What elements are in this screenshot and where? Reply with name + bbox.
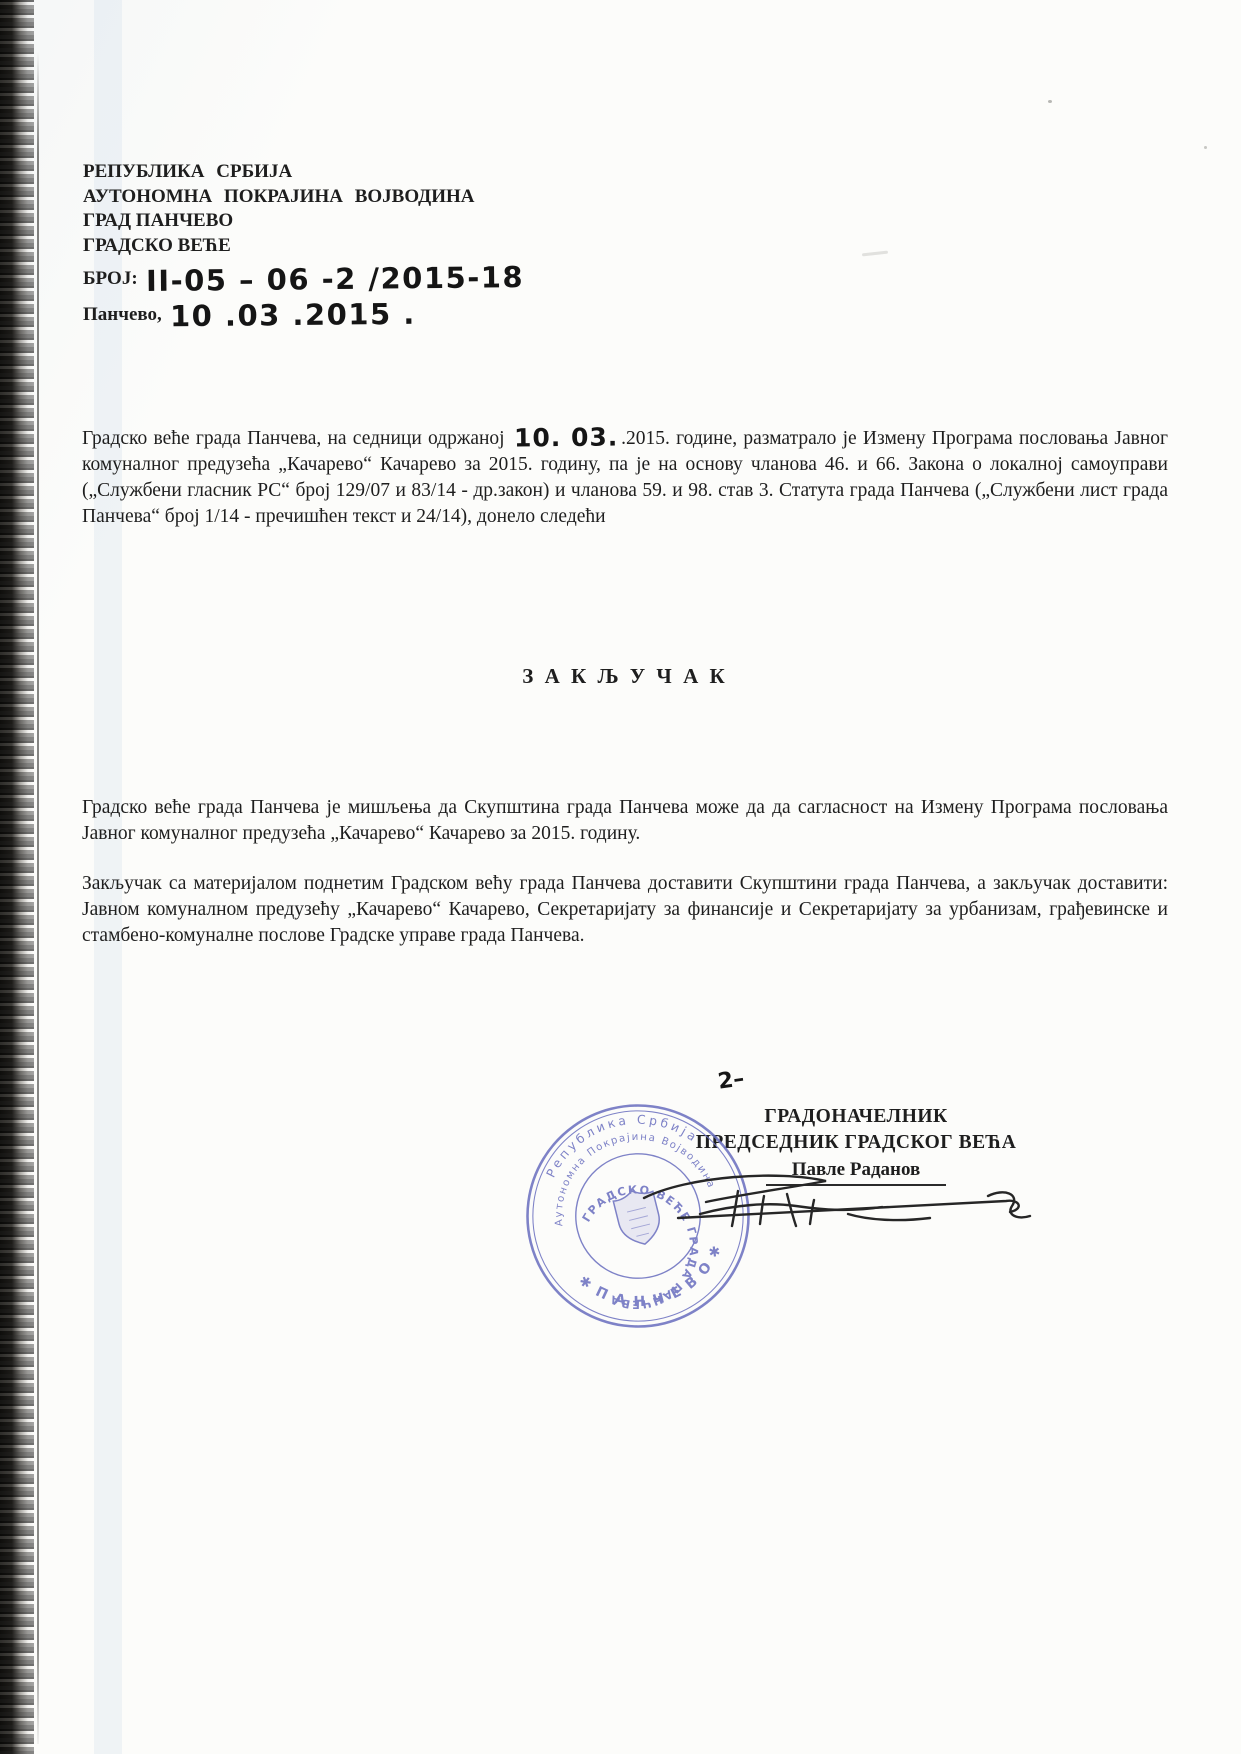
document-number-line: БРОЈ: II-05 – 06 -2 /2015-18 bbox=[83, 258, 524, 294]
scan-speck bbox=[1048, 100, 1052, 103]
letterhead: РЕПУБЛИКА СРБИЈА АУТОНОМНА ПОКРАЈИНА ВОЈ… bbox=[83, 160, 524, 330]
scanned-document-page: РЕПУБЛИКА СРБИЈА АУТОНОМНА ПОКРАЈИНА ВОЈ… bbox=[0, 0, 1241, 1754]
scan-binding-edge bbox=[0, 0, 34, 1754]
letterhead-republic: РЕПУБЛИКА СРБИЈА bbox=[83, 160, 524, 185]
scan-speck bbox=[1204, 146, 1207, 149]
date-handwritten: 10 .03 .2015 . bbox=[170, 300, 416, 332]
scan-speck bbox=[862, 251, 888, 257]
place-label: Панчево, bbox=[83, 300, 162, 330]
paragraph-preamble: Градско веће града Панчева, на седници о… bbox=[82, 426, 1168, 530]
scan-edge-line bbox=[37, 52, 39, 1744]
paragraph-opinion: Градско веће града Панчева је мишљења да… bbox=[82, 795, 1168, 847]
session-date-handwritten: 10. 03. bbox=[511, 426, 622, 450]
paragraph-distribution: Закључак са материјалом поднетим Градско… bbox=[82, 871, 1168, 949]
signature-scrawl-icon bbox=[638, 1168, 1042, 1246]
letterhead-province: АУТОНОМНА ПОКРАЈИНА ВОЈВОДИНА bbox=[83, 185, 524, 210]
letterhead-council: ГРАДСКО ВЕЋЕ bbox=[83, 234, 524, 259]
number-label: БРОЈ: bbox=[83, 264, 138, 294]
number-handwritten: II-05 – 06 -2 /2015-18 bbox=[146, 263, 524, 296]
preamble-before-date: Градско веће града Панчева, на седници о… bbox=[82, 428, 505, 449]
place-date-line: Панчево, 10 .03 .2015 . bbox=[83, 294, 524, 330]
handwritten-page-mark: 2– bbox=[717, 1068, 746, 1093]
letterhead-city: ГРАД ПАНЧЕВО bbox=[83, 209, 524, 234]
document-title: З А К Љ У Ч А К bbox=[82, 664, 1168, 689]
